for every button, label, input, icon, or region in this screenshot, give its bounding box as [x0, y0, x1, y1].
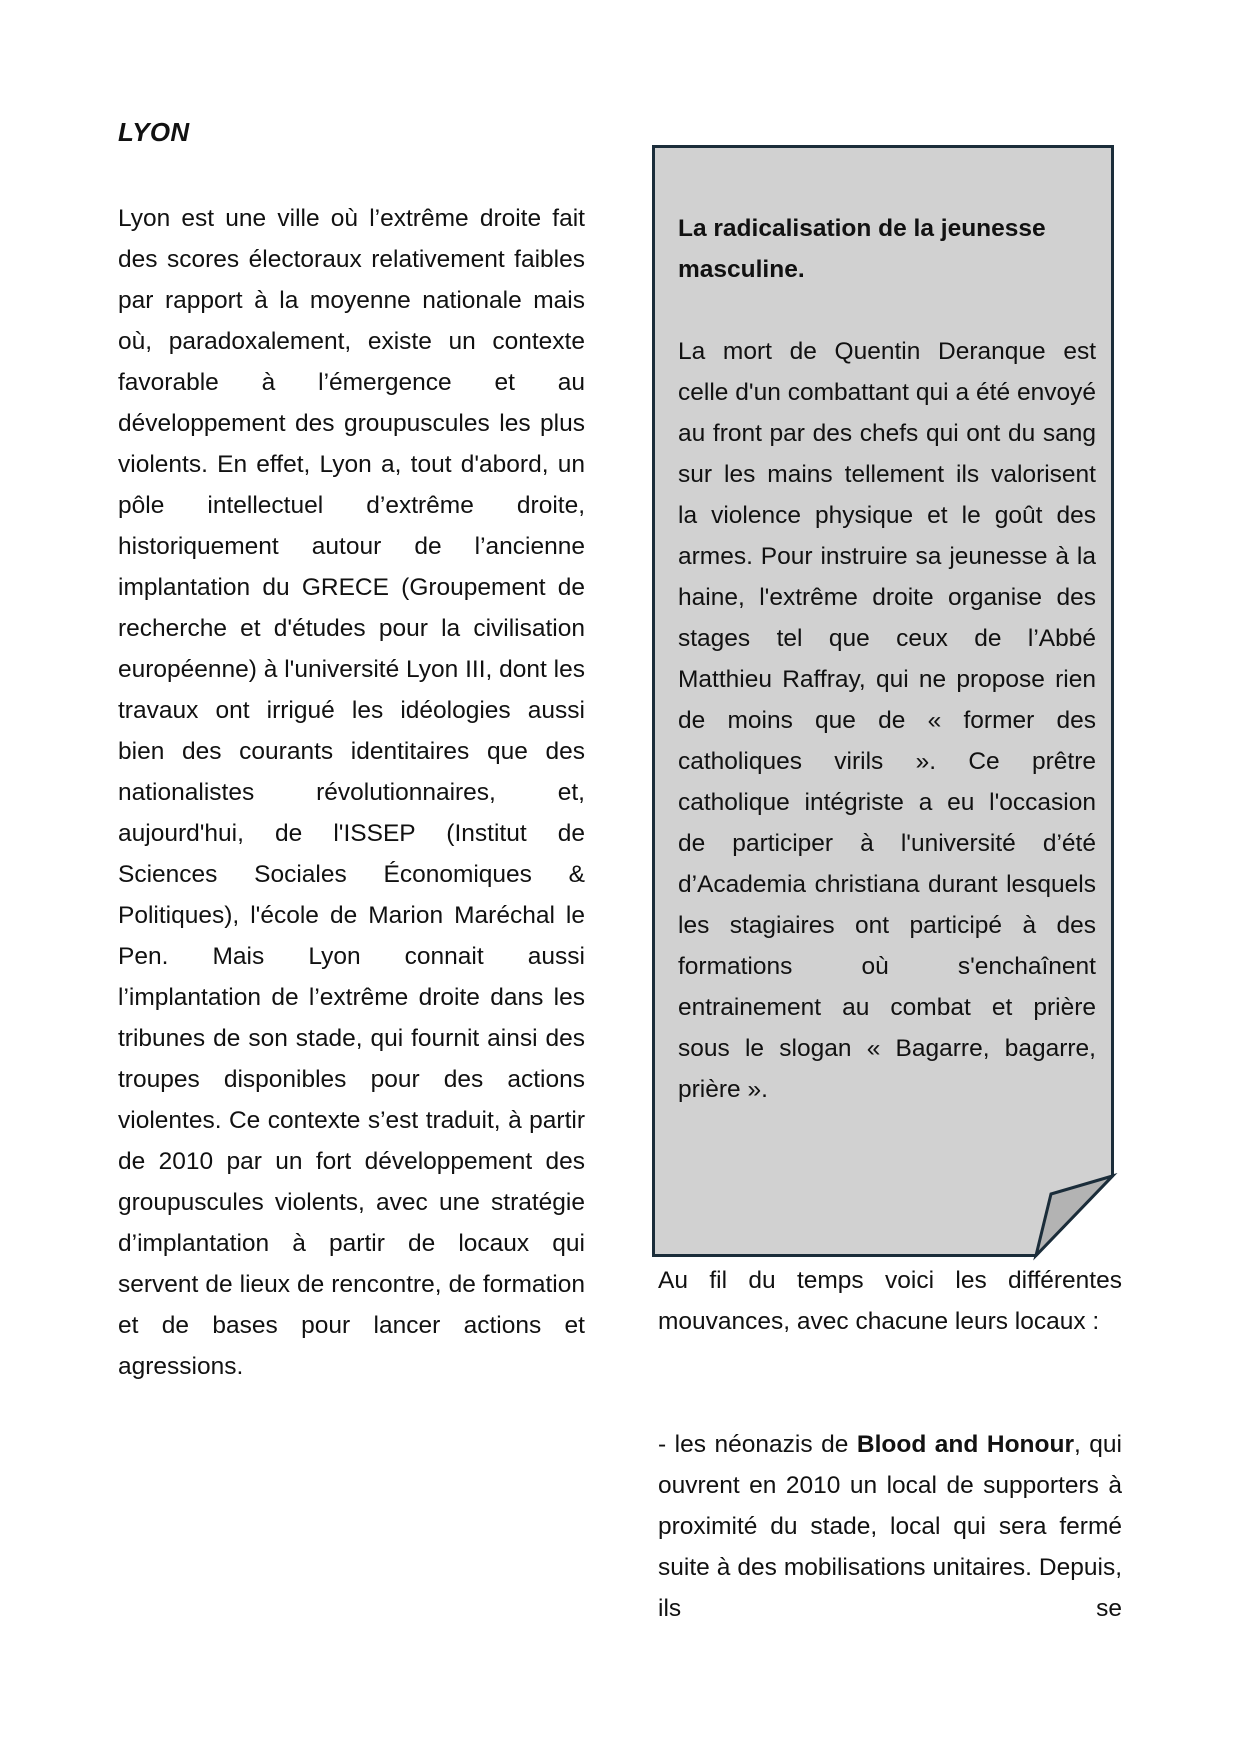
left-column: Lyon est une ville où l’extrême droite f…	[118, 198, 585, 1387]
group-name-blood-and-honour: Blood and Honour	[857, 1431, 1074, 1458]
callout-content: La radicalisation de la jeunesse masculi…	[678, 208, 1096, 1110]
intro-paragraph: Lyon est une ville où l’extrême droite f…	[118, 198, 585, 1387]
section-heading: LYON	[118, 117, 190, 148]
document-page: LYON Lyon est une ville où l’extrême dro…	[0, 0, 1241, 1755]
callout-box: La radicalisation de la jeunesse masculi…	[652, 145, 1114, 1257]
right-column: Au fil du temps voici les différentes mo…	[658, 1260, 1122, 1629]
callout-text: La mort de Quentin Deranque est celle d'…	[678, 331, 1096, 1110]
list-item-prefix: - les néonazis de	[658, 1431, 857, 1458]
list-intro: Au fil du temps voici les différentes mo…	[658, 1260, 1122, 1342]
list-item-text: , qui ouvrent en 2010 un local de suppor…	[658, 1431, 1122, 1622]
callout-title: La radicalisation de la jeunesse masculi…	[678, 208, 1096, 290]
list-item-blood-and-honour: - les néonazis de Blood and Honour, qui …	[658, 1424, 1122, 1629]
